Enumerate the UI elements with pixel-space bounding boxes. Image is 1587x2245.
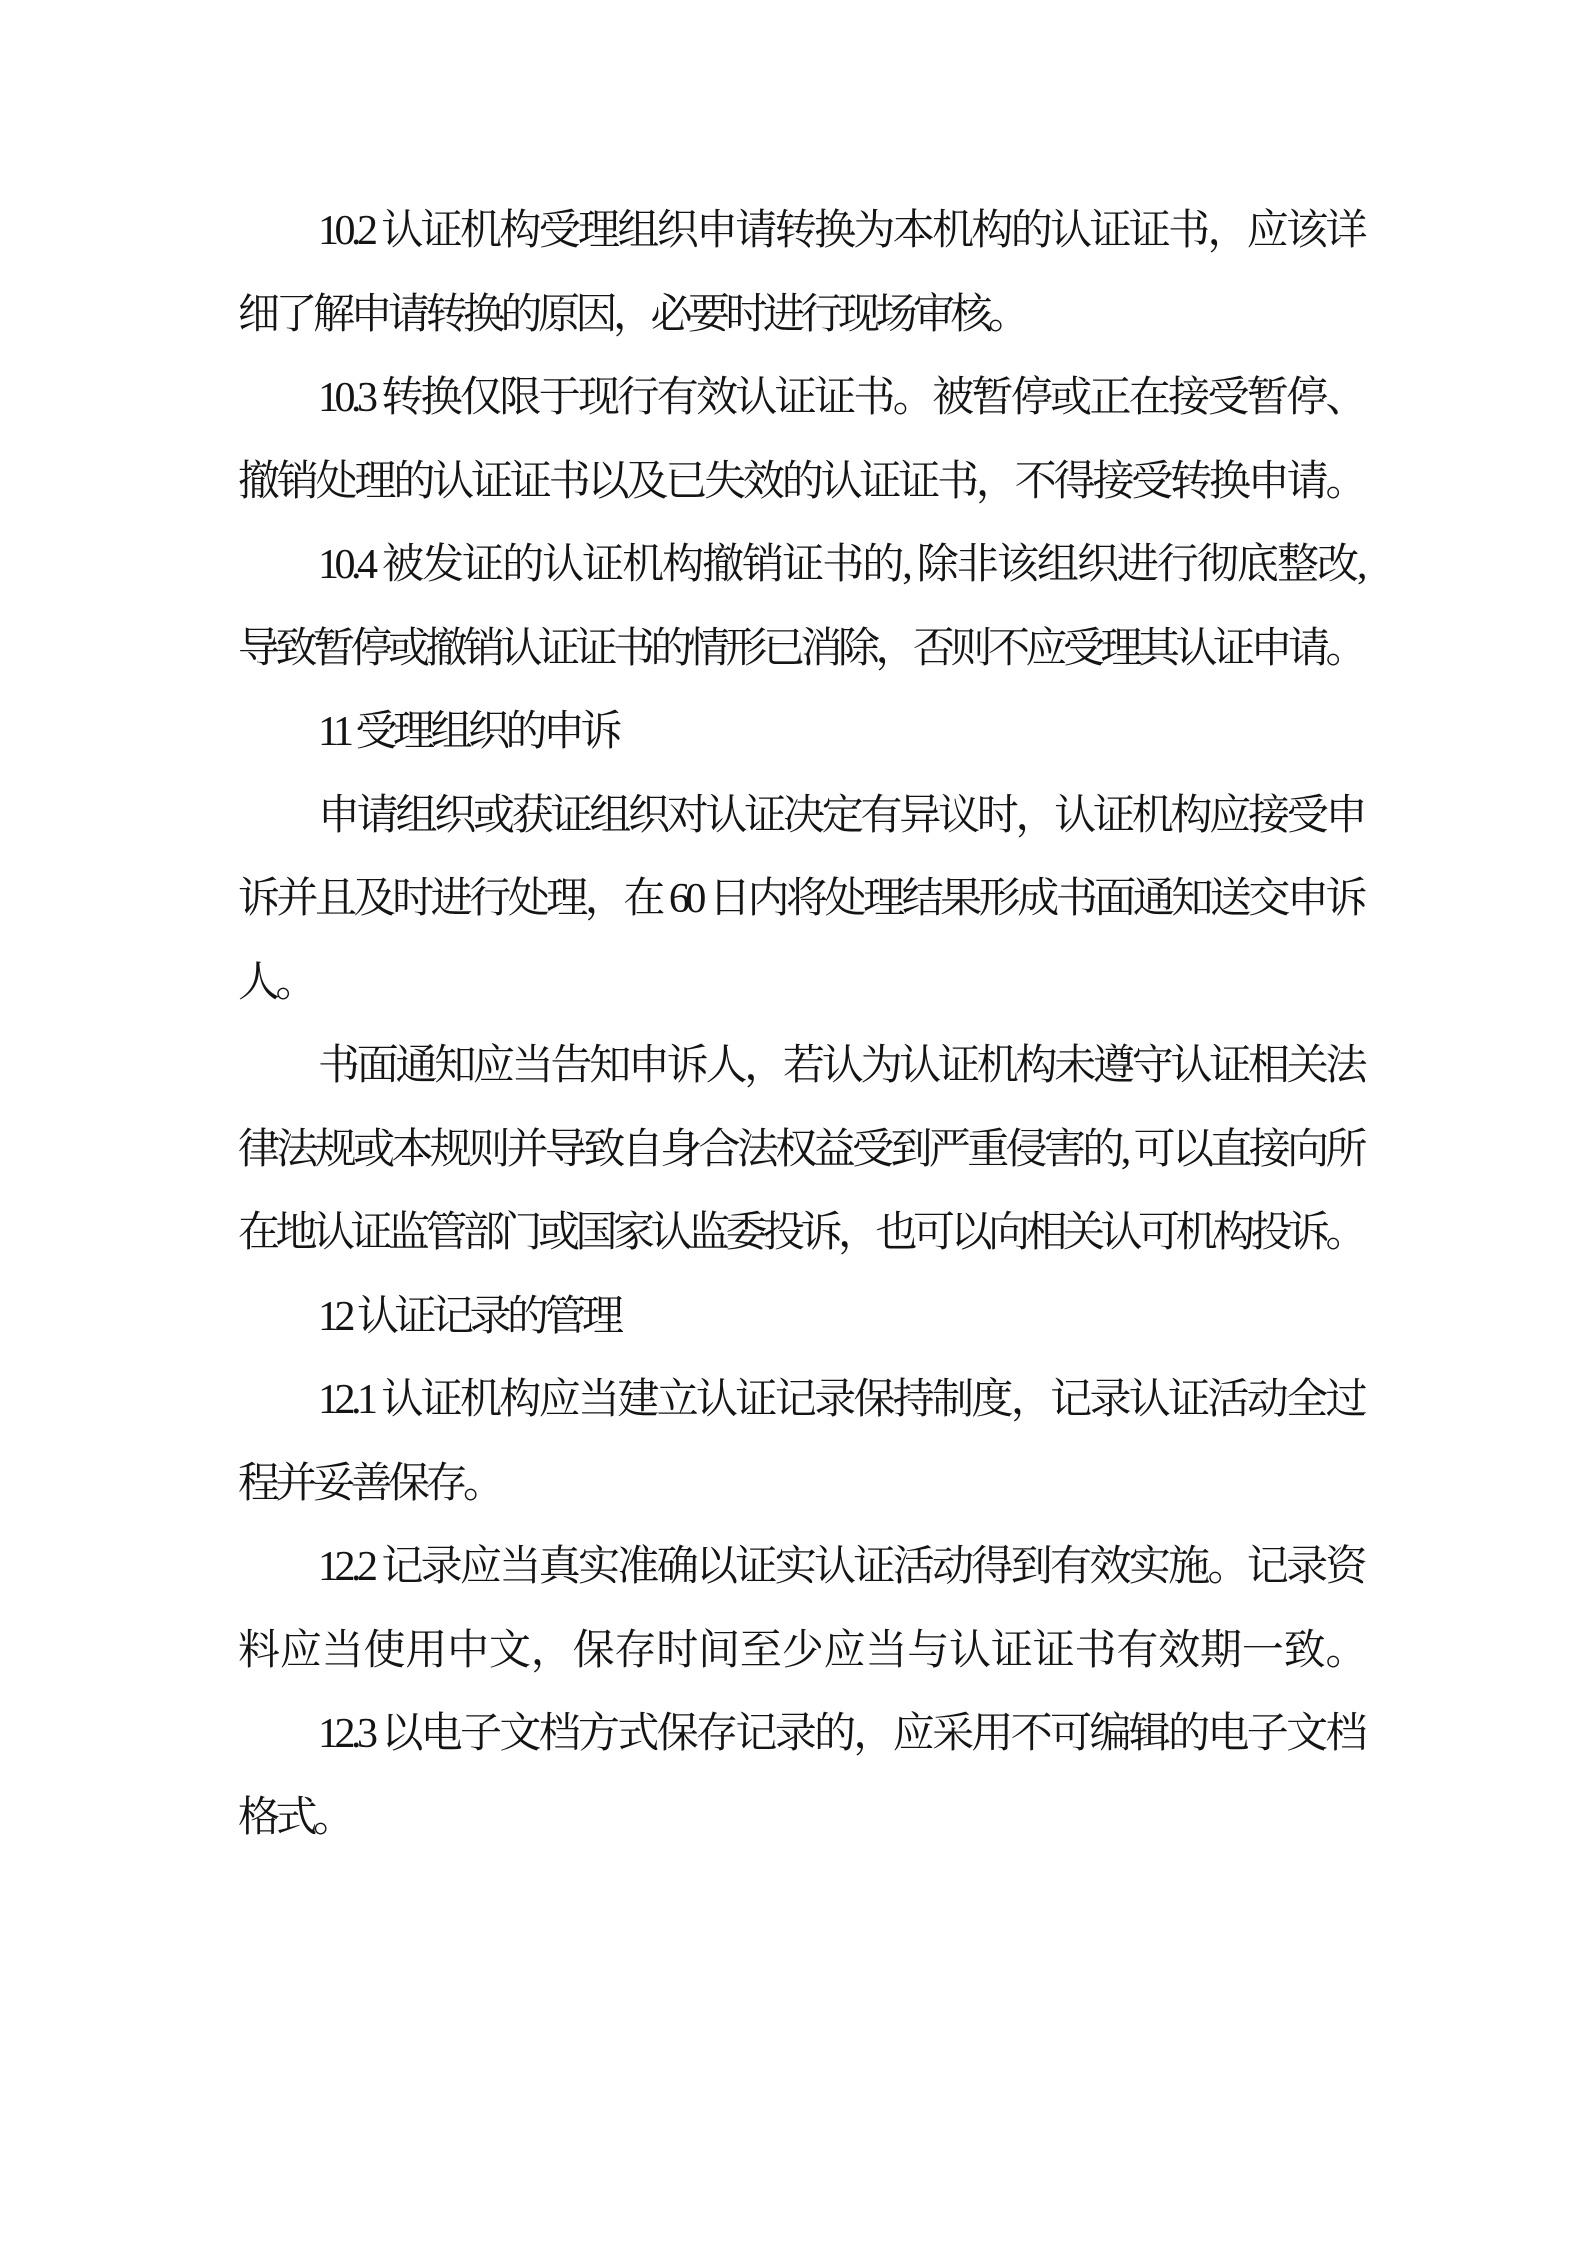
document-page: 10.2 认证机构受理组织申请转换为本机构的认证证书，应该详细了解申请转换的原因… xyxy=(0,0,1587,2245)
text-line: 诉并且及时进行处理，在 60 日内将处理结果形成书面通知送交申诉 xyxy=(238,858,1363,942)
text-line: 程并妥善保存。 xyxy=(238,1443,1363,1527)
text-line: 11 受理组织的申诉 xyxy=(238,691,1363,775)
text-line: 律法规或本规则并导致自身合法权益受到严重侵害的, 可以直接向所 xyxy=(238,1109,1363,1193)
text-line: 料应当使用中文，保存时间至少应当与认证证书有效期一致。 xyxy=(238,1610,1363,1694)
text-line: 撤销处理的认证证书以及已失效的认证证书，不得接受转换申请。 xyxy=(238,441,1363,525)
text-line: 细了解申请转换的原因，必要时进行现场审核。 xyxy=(238,274,1363,358)
text-line: 申请组织或获证组织对认证决定有异议时，认证机构应接受申 xyxy=(238,775,1363,859)
text-line: 12.2 记录应当真实准确以证实认证活动得到有效实施。记录资 xyxy=(238,1526,1363,1610)
text-line: 导致暂停或撤销认证证书的情形已消除，否则不应受理其认证申请。 xyxy=(238,608,1363,692)
text-line: 格式。 xyxy=(238,1777,1363,1861)
text-line: 书面通知应当告知申诉人，若认为认证机构未遵守认证相关法 xyxy=(238,1025,1363,1109)
text-line: 10.3 转换仅限于现行有效认证证书。被暂停或正在接受暂停、 xyxy=(238,357,1363,441)
text-line: 在地认证监管部门或国家认监委投诉，也可以向相关认可机构投诉。 xyxy=(238,1192,1363,1276)
text-line: 12.3 以电子文档方式保存记录的，应采用不可编辑的电子文档 xyxy=(238,1693,1363,1777)
text-line: 12.1 认证机构应当建立认证记录保持制度，记录认证活动全过 xyxy=(238,1359,1363,1443)
document-text-block: 10.2 认证机构受理组织申请转换为本机构的认证证书，应该详细了解申请转换的原因… xyxy=(238,190,1363,1860)
text-line: 人。 xyxy=(238,942,1363,1026)
text-line: 10.4 被发证的认证机构撤销证书的, 除非该组织进行彻底整改, xyxy=(238,524,1363,608)
text-line: 12 认证记录的管理 xyxy=(238,1276,1363,1360)
text-line: 10.2 认证机构受理组织申请转换为本机构的认证证书，应该详 xyxy=(238,190,1363,274)
